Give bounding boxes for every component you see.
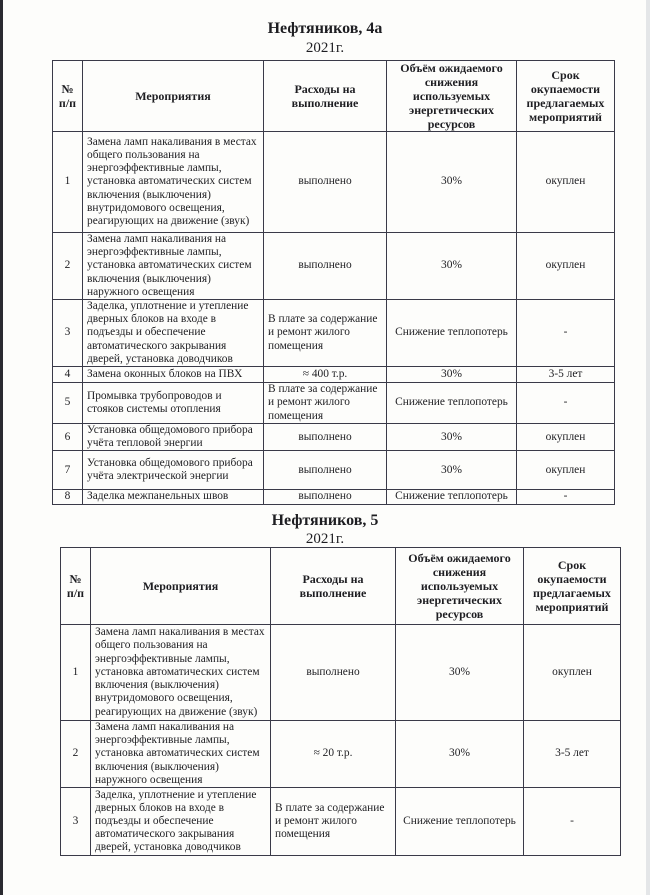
row-reduction: 30% (387, 451, 517, 490)
row-payback: - (517, 300, 615, 367)
table-row: 4Замена оконных блоков на ПВХ≈ 400 т.р.3… (53, 367, 615, 383)
row-measure: Замена ламп накаливания на энергоэффекти… (91, 721, 271, 788)
row-cost: выполнено (271, 625, 396, 721)
row-measure: Установка общедомового прибора учёта теп… (83, 424, 264, 451)
row-reduction: Снижение теплопотерь (396, 788, 524, 856)
row-reduction: 30% (387, 367, 517, 383)
row-measure: Заделка, уплотнение и утепление дверных … (83, 300, 264, 367)
measures-table: № п/п Мероприятия Расходы на выполнение … (60, 547, 621, 856)
header-cost: Расходы на выполнение (264, 61, 387, 132)
table-row: 1Замена ламп накаливания в местах общего… (61, 625, 621, 721)
row-number: 1 (53, 132, 83, 233)
table-row: 2Замена ламп накаливания на энергоэффект… (61, 721, 621, 788)
header-cost: Расходы на выполнение (271, 548, 396, 625)
row-reduction: 30% (387, 132, 517, 233)
row-cost: выполнено (264, 490, 387, 504)
row-payback: - (524, 788, 621, 856)
row-payback: - (517, 383, 615, 424)
table-row: 1Замена ламп накаливания в местах общего… (53, 132, 615, 233)
table-row: 3Заделка, уплотнение и утепление дверных… (53, 300, 615, 367)
row-number: 7 (53, 451, 83, 490)
table-row: 2Замена ламп накаливания на энергоэффект… (53, 233, 615, 300)
row-measure: Промывка трубопроводов и стояков системы… (83, 383, 264, 424)
table-row: 3Заделка, уплотнение и утепление дверных… (61, 788, 621, 856)
row-reduction: 30% (387, 233, 517, 300)
table-header-row: № п/п Мероприятия Расходы на выполнение … (53, 61, 615, 132)
row-cost: В плате за содержание и ремонт жилого по… (264, 383, 387, 424)
header-measure: Мероприятия (91, 548, 271, 625)
row-payback: окуплен (517, 451, 615, 490)
row-cost: В плате за содержание и ремонт жилого по… (264, 300, 387, 367)
table-row: 5Промывка трубопроводов и стояков систем… (53, 383, 615, 424)
row-number: 6 (53, 424, 83, 451)
row-reduction: 30% (387, 424, 517, 451)
table-row: 6Установка общедомового прибора учёта те… (53, 424, 615, 451)
row-measure: Замена ламп накаливания в местах общего … (91, 625, 271, 721)
table-row: 7Установка общедомового прибора учёта эл… (53, 451, 615, 490)
row-payback: окуплен (524, 625, 621, 721)
row-cost: выполнено (264, 132, 387, 233)
row-measure: Замена ламп накаливания в местах общего … (83, 132, 264, 233)
header-measure: Мероприятия (83, 61, 264, 132)
measures-table: № п/п Мероприятия Расходы на выполнение … (52, 60, 615, 505)
row-measure: Установка общедомового прибора учёта эле… (83, 451, 264, 490)
row-payback: окуплен (517, 132, 615, 233)
row-cost: В плате за содержание и ремонт жилого по… (271, 788, 396, 856)
row-payback: окуплен (517, 424, 615, 451)
row-measure: Замена оконных блоков на ПВХ (83, 367, 264, 383)
row-cost: ≈ 20 т.р. (271, 721, 396, 788)
row-reduction: Снижение теплопотерь (387, 300, 517, 367)
row-cost: ≈ 400 т.р. (264, 367, 387, 383)
row-measure: Заделка, уплотнение и утепление дверных … (91, 788, 271, 856)
row-number: 3 (61, 788, 91, 856)
row-measure: Заделка межпанельных швов (83, 490, 264, 504)
scan-edge-right (646, 0, 650, 895)
header-payback: Срок окупаемости предлагаемых мероприяти… (524, 548, 621, 625)
row-payback: окуплен (517, 233, 615, 300)
table-row: 8Заделка межпанельных швоввыполненоСниже… (53, 490, 615, 504)
row-measure: Замена ламп накаливания на энергоэффекти… (83, 233, 264, 300)
section-year: 2021г. (0, 40, 650, 56)
header-reduction: Объём ожидаемого снижения используемых э… (387, 61, 517, 132)
row-payback: 3-5 лет (524, 721, 621, 788)
row-number: 3 (53, 300, 83, 367)
section-title: Нефтяников, 4а (0, 20, 650, 38)
row-reduction: 30% (396, 721, 524, 788)
row-number: 8 (53, 490, 83, 504)
row-payback: - (517, 490, 615, 504)
header-number: № п/п (61, 548, 91, 625)
row-reduction: Снижение теплопотерь (387, 383, 517, 424)
table-header-row: № п/п Мероприятия Расходы на выполнение … (61, 548, 621, 625)
row-cost: выполнено (264, 424, 387, 451)
scan-edge-left (0, 0, 3, 895)
section-title: Нефтяников, 5 (0, 512, 650, 530)
row-number: 2 (53, 233, 83, 300)
section-year: 2021г. (0, 531, 650, 547)
header-reduction: Объём ожидаемого снижения используемых э… (396, 548, 524, 625)
row-cost: выполнено (264, 233, 387, 300)
row-reduction: Снижение теплопотерь (387, 490, 517, 504)
header-payback: Срок окупаемости предлагаемых мероприяти… (517, 61, 615, 132)
row-number: 4 (53, 367, 83, 383)
header-number: № п/п (53, 61, 83, 132)
row-number: 2 (61, 721, 91, 788)
row-cost: выполнено (264, 451, 387, 490)
row-reduction: 30% (396, 625, 524, 721)
row-number: 5 (53, 383, 83, 424)
row-number: 1 (61, 625, 91, 721)
row-payback: 3-5 лет (517, 367, 615, 383)
